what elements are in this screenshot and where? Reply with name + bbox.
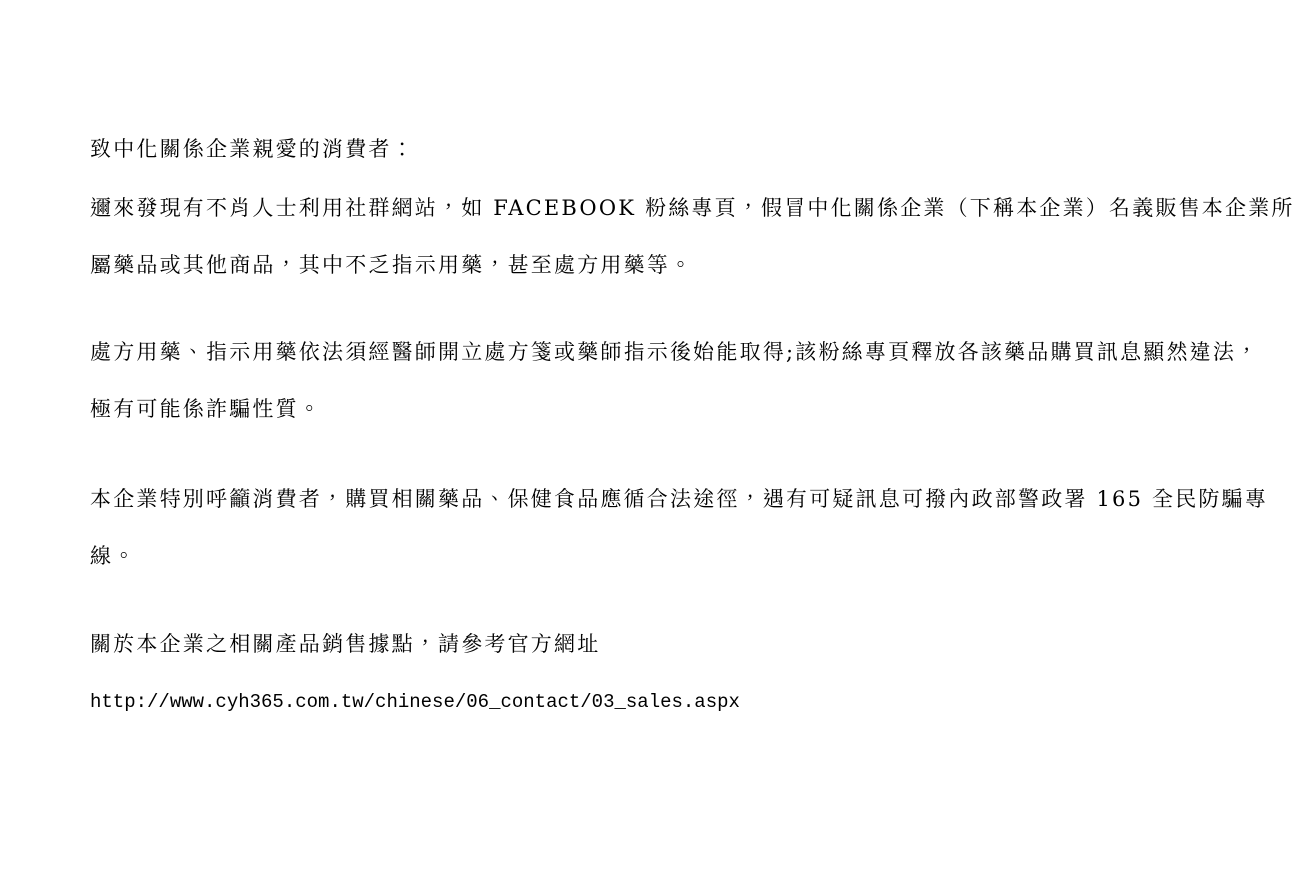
counterfeit-warning-line-2: 屬藥品或其他商品，其中不乏指示用藥，甚至處方用藥等。 [90, 237, 1237, 294]
legality-statement-line-1: 處方用藥、指示用藥依法須經醫師開立處方箋或藥師指示後始能取得;該粉絲專頁釋放各該… [90, 324, 1237, 381]
legality-statement-line-2: 極有可能係詐騙性質。 [90, 381, 1237, 438]
counterfeit-warning-line-1: 邇來發現有不肖人士利用社群網站，如 FACEBOOK 粉絲專頁，假冒中化關係企業… [90, 180, 1237, 237]
paragraph-official-site-url: http://www.cyh365.com.tw/chinese/06_cont… [90, 674, 1237, 731]
paragraph-official-site-intro: 關於本企業之相關產品銷售據點，請參考官方網址 [90, 616, 1237, 673]
paragraph-legality-statement: 處方用藥、指示用藥依法須經醫師開立處方箋或藥師指示後始能取得;該粉絲專頁釋放各該… [90, 324, 1237, 438]
paragraph-salutation: 致中化關係企業親愛的消費者： [90, 121, 1237, 178]
paragraph-consumer-advice: 本企業特別呼籲消費者，購買相關藥品、保健食品應循合法途徑，遇有可疑訊息可撥內政部… [90, 471, 1237, 585]
document-page: 致中化關係企業親愛的消費者： 邇來發現有不肖人士利用社群網站，如 FACEBOO… [0, 0, 1307, 871]
consumer-advice-line-1: 本企業特別呼籲消費者，購買相關藥品、保健食品應循合法途徑，遇有可疑訊息可撥內政部… [90, 471, 1237, 528]
paragraph-counterfeit-warning: 邇來發現有不肖人士利用社群網站，如 FACEBOOK 粉絲專頁，假冒中化關係企業… [90, 180, 1237, 294]
official-site-url-text: http://www.cyh365.com.tw/chinese/06_cont… [90, 674, 1237, 731]
document-body: 致中化關係企業親愛的消費者： 邇來發現有不肖人士利用社群網站，如 FACEBOO… [0, 0, 1307, 731]
salutation-line: 致中化關係企業親愛的消費者： [90, 121, 1237, 178]
official-site-intro-line: 關於本企業之相關產品銷售據點，請參考官方網址 [90, 616, 1237, 673]
consumer-advice-line-2: 線。 [90, 528, 1237, 585]
